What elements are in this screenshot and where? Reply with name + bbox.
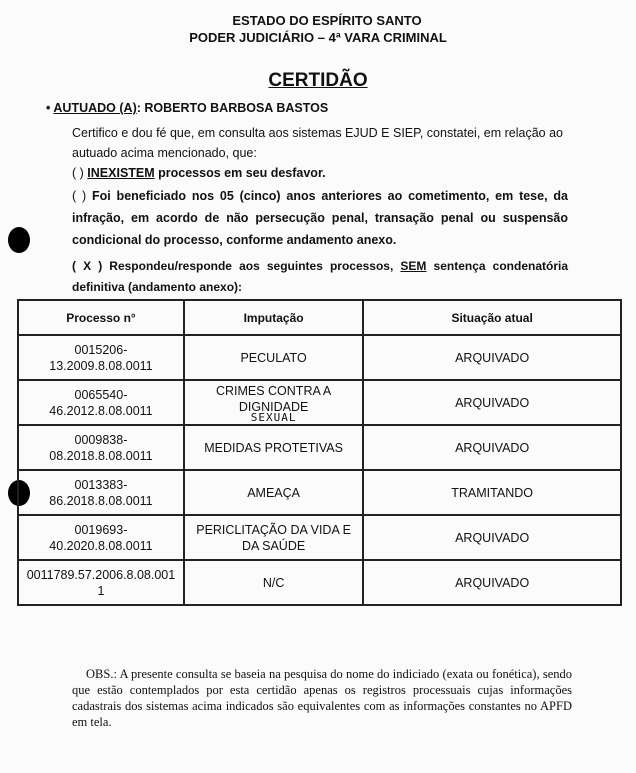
table-row: 0015206-13.2009.8.08.0011PECULATOARQUIVA… [18, 335, 621, 380]
table-row: 0009838-08.2018.8.08.0011MEDIDAS PROTETI… [18, 425, 621, 470]
processo-part2: 13.2009.8.08.0011 [21, 358, 181, 374]
autuado-line: • AUTUADO (A): ROBERTO BARBOSA BASTOS [46, 101, 328, 115]
cell-imputacao: PECULATO [184, 335, 363, 380]
cell-imputacao: PERICLITAÇÃO DA VIDA E DA SAÚDE [184, 515, 363, 560]
option-text-before: Respondeu/responde aos seguintes process… [109, 259, 400, 273]
processo-part2: 46.2012.8.08.0011 [21, 403, 181, 419]
cell-imputacao: N/C [184, 560, 363, 605]
processo-part2: 86.2018.8.08.0011 [21, 493, 181, 509]
autuado-separator: : [137, 101, 141, 115]
cell-situacao: TRAMITANDO [363, 470, 621, 515]
cell-situacao: ARQUIVADO [363, 425, 621, 470]
cell-processo: 0015206-13.2009.8.08.0011 [18, 335, 184, 380]
table-row: 0065540-46.2012.8.08.0011CRIMES CONTRA A… [18, 380, 621, 425]
autuado-label: AUTUADO (A) [53, 101, 136, 115]
option-checkbox: ( X ) [72, 259, 102, 273]
imputacao-text: N/C [187, 575, 360, 591]
cell-situacao: ARQUIVADO [363, 335, 621, 380]
document-title: CERTIDÃO [0, 70, 636, 92]
cell-situacao: ARQUIVADO [363, 515, 621, 560]
header-imputacao: Imputação [184, 300, 363, 335]
header-state: ESTADO DO ESPÍRITO SANTO [0, 12, 636, 29]
cell-processo: 0009838-08.2018.8.08.0011 [18, 425, 184, 470]
punch-hole-mark [8, 227, 30, 253]
table-row: 0013383-86.2018.8.08.0011AMEAÇATRAMITAND… [18, 470, 621, 515]
processo-part1: 0065540- [21, 387, 181, 403]
processo-part1: 0013383- [21, 477, 181, 493]
certification-text: Certifico e dou fé que, em consulta aos … [72, 123, 568, 163]
option-text: Foi beneficiado nos 05 (cinco) anos ante… [72, 189, 568, 247]
table-header-row: Processo n° Imputação Situação atual [18, 300, 621, 335]
option-inexistem: ( ) INEXISTEM processos em seu desfavor. [72, 163, 568, 183]
processo-part1: 0011789.57.2006.8.08.001 [21, 567, 181, 583]
cell-processo: 0013383-86.2018.8.08.0011 [18, 470, 184, 515]
cell-processo: 0011789.57.2006.8.08.0011 [18, 560, 184, 605]
document-header: ESTADO DO ESPÍRITO SANTO PODER JUDICIÁRI… [0, 12, 636, 46]
cell-imputacao: MEDIDAS PROTETIVAS [184, 425, 363, 470]
imputacao-text: CRIMES CONTRA A DIGNIDADE [187, 383, 360, 415]
option-checkbox: ( ) [72, 189, 86, 203]
processes-table: Processo n° Imputação Situação atual 001… [17, 299, 622, 606]
header-processo: Processo n° [18, 300, 184, 335]
processo-part1: 0009838- [21, 432, 181, 448]
option-text: processos em seu desfavor. [155, 166, 326, 180]
cell-situacao: ARQUIVADO [363, 380, 621, 425]
option-checkbox: ( ) [72, 166, 84, 180]
cell-processo: 0019693-40.2020.8.08.0011 [18, 515, 184, 560]
processo-part2: 40.2020.8.08.0011 [21, 538, 181, 554]
processo-part1: 0015206- [21, 342, 181, 358]
imputacao-text: PECULATO [187, 350, 360, 366]
bullet-icon: • [46, 101, 50, 115]
option-highlight: INEXISTEM [87, 166, 154, 180]
option-respondeu: ( X ) Respondeu/responde aos seguintes p… [72, 256, 568, 298]
autuado-name: ROBERTO BARBOSA BASTOS [144, 101, 328, 115]
observation-note: OBS.: A presente consulta se baseia na p… [72, 666, 572, 730]
processo-part2: 08.2018.8.08.0011 [21, 448, 181, 464]
handwritten-annotation: SEXUAL [187, 413, 360, 423]
table-row: 0019693-40.2020.8.08.0011PERICLITAÇÃO DA… [18, 515, 621, 560]
option-highlight: SEM [400, 259, 426, 273]
option-beneficiado: ( ) Foi beneficiado nos 05 (cinco) anos … [72, 185, 568, 251]
header-court: PODER JUDICIÁRIO – 4ª VARA CRIMINAL [0, 29, 636, 46]
imputacao-text: AMEAÇA [187, 485, 360, 501]
table-row: 0011789.57.2006.8.08.0011N/CARQUIVADO [18, 560, 621, 605]
cell-situacao: ARQUIVADO [363, 560, 621, 605]
cell-processo: 0065540-46.2012.8.08.0011 [18, 380, 184, 425]
processo-part1: 0019693- [21, 522, 181, 538]
imputacao-text: PERICLITAÇÃO DA VIDA E DA SAÚDE [187, 522, 360, 554]
header-situacao: Situação atual [363, 300, 621, 335]
cell-imputacao: CRIMES CONTRA A DIGNIDADESEXUAL [184, 380, 363, 425]
imputacao-text: MEDIDAS PROTETIVAS [187, 440, 360, 456]
processo-part2: 1 [21, 583, 181, 599]
cell-imputacao: AMEAÇA [184, 470, 363, 515]
